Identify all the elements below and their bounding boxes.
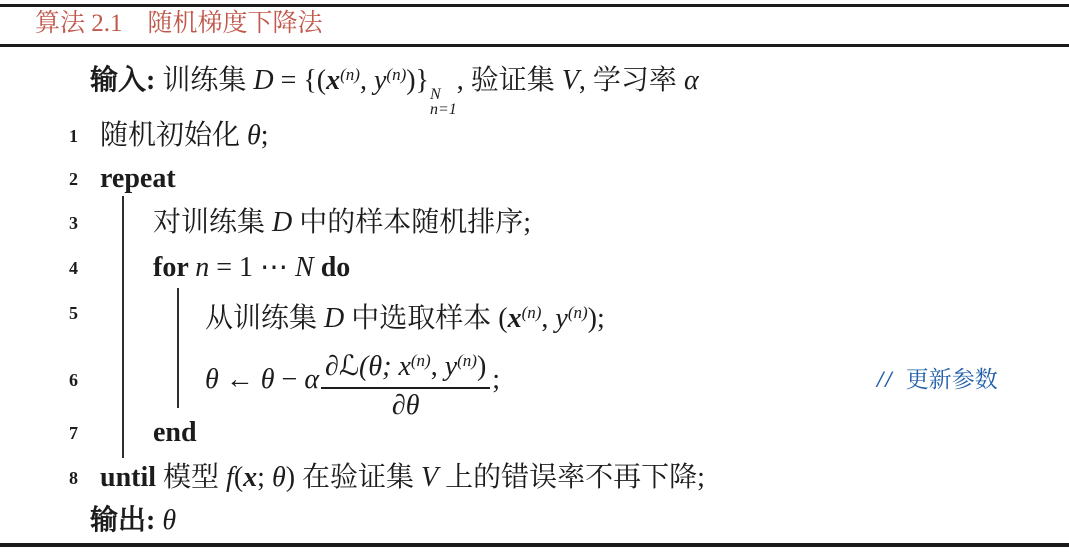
algorithm-name: 随机梯度下降法 [148,10,323,37]
do-keyword: do [314,252,351,283]
set-bounds-stack: Nn=1 [430,87,457,117]
output-label: 输出: [90,505,162,536]
algo-line-6: 6θ ← θ − α∂ℒ(θ; x(n), y(n))∂θ;//更新参数 [0,342,1069,418]
algorithm-title: 算法 2.1随机梯度下降法 [35,6,323,42]
end-keyword: end [153,417,197,448]
algo-line-2: 2repeat [0,161,1069,197]
assign-arrow: ← [219,364,261,395]
bottom-rule [0,543,1069,547]
input-line: 输入: 训练集 D = {(x(n), y(n))}Nn=1, 验证集 V, 学… [0,53,1069,97]
for-keyword: for [153,252,195,283]
training-set-symbol: D [324,303,344,334]
algo-line-5: 5从训练集 D 中选取样本 (x(n), y(n)); [0,295,1069,331]
line-number: 1 [40,118,78,154]
algo-line-3: 3对训练集 D 中的样本随机排序; [0,205,1069,241]
until-keyword: until [100,462,156,493]
algo-line-1: 1随机初始化 θ; [0,118,1069,154]
repeat-block-bar [122,196,124,458]
algorithm-page: { "colors": { "accent_red": "#c0584c", "… [0,0,1069,552]
gradient-fraction: ∂ℒ(θ; x(n), y(n))∂θ [321,343,490,421]
learning-rate-symbol: α [684,65,699,96]
line-number: 8 [40,460,78,496]
line-number: 3 [40,205,78,241]
line-number: 7 [40,415,78,451]
algo-line-8: 8until 模型 f(x; θ) 在验证集 V 上的错误率不再下降; [0,460,1069,496]
fraction-numerator: ∂ℒ(θ; x(n), y(n)) [321,343,490,389]
for-block-bar [177,288,179,408]
output-line: 输出: θ [0,503,1069,539]
validation-set-symbol: V [421,462,438,493]
inline-comment: //更新参数 [877,342,998,418]
line-number: 2 [40,161,78,197]
line-number: 5 [40,295,78,331]
comment-slashes: // [877,342,894,418]
minus-sign: − [275,364,305,395]
algo-line-4: 4for n = 1 ⋯ N do [0,250,1069,286]
algorithm-number: 算法 2.1 [35,10,123,37]
title-underline-rule [0,44,1069,47]
validation-set-symbol: V [562,65,579,96]
training-set-symbol: D [253,65,273,96]
line-number: 6 [40,342,78,418]
training-set-symbol: D [272,207,292,238]
algo-line-7: 7end [0,415,1069,451]
line-number: 4 [40,250,78,286]
repeat-keyword: repeat [100,163,176,194]
comment-text: 更新参数 [906,342,998,418]
input-label: 输入: [90,65,162,96]
